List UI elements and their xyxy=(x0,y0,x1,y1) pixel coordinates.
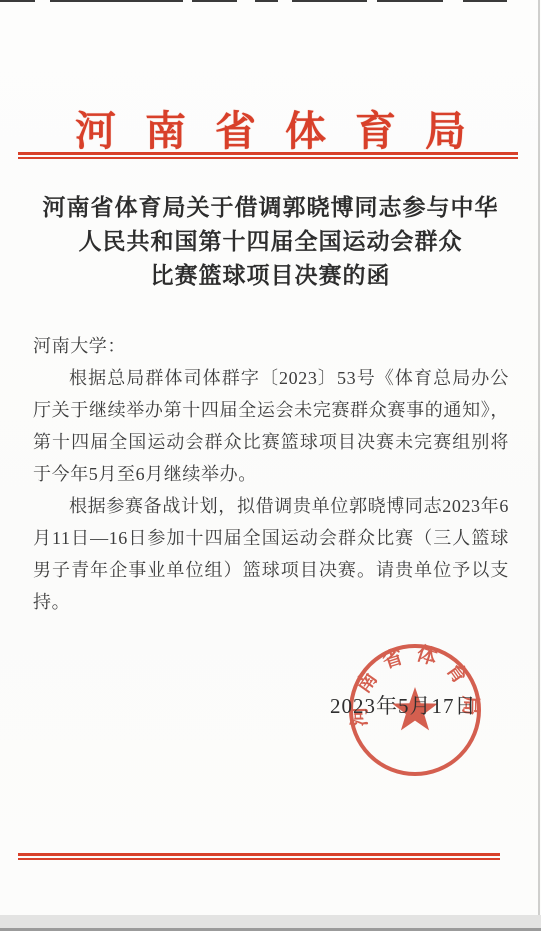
document-title: 河南省体育局关于借调郭晓博同志参与中华 人民共和国第十四届全国运动会群众 比赛篮… xyxy=(20,191,521,293)
salutation: 河南大学： xyxy=(33,330,509,362)
document-body: 河南大学： 根据总局群体司体群字〔2023〕53号《体育总局办公厅关于继续举办第… xyxy=(33,330,509,618)
footer-divider-rule xyxy=(18,853,500,860)
body-paragraph-1: 根据总局群体司体群字〔2023〕53号《体育总局办公厅关于继续举办第十四届全运会… xyxy=(33,362,509,490)
page-right-edge xyxy=(538,0,540,915)
letterhead-divider-rule xyxy=(18,152,518,159)
document-title-line-1: 河南省体育局关于借调郭晓博同志参与中华 xyxy=(20,191,521,225)
scan-bottom-band xyxy=(0,915,541,928)
document-title-line-3: 比赛篮球项目决赛的函 xyxy=(20,259,521,293)
document-title-line-2: 人民共和国第十四届全国运动会群众 xyxy=(20,225,521,259)
body-paragraph-2: 根据参赛备战计划，拟借调贵单位郭晓博同志2023年6月11日—16日参加十四届全… xyxy=(33,490,509,618)
letterhead-agency-name: 河南省体育局 xyxy=(0,98,541,157)
signature-date: 2023年5月17日 xyxy=(330,690,490,720)
